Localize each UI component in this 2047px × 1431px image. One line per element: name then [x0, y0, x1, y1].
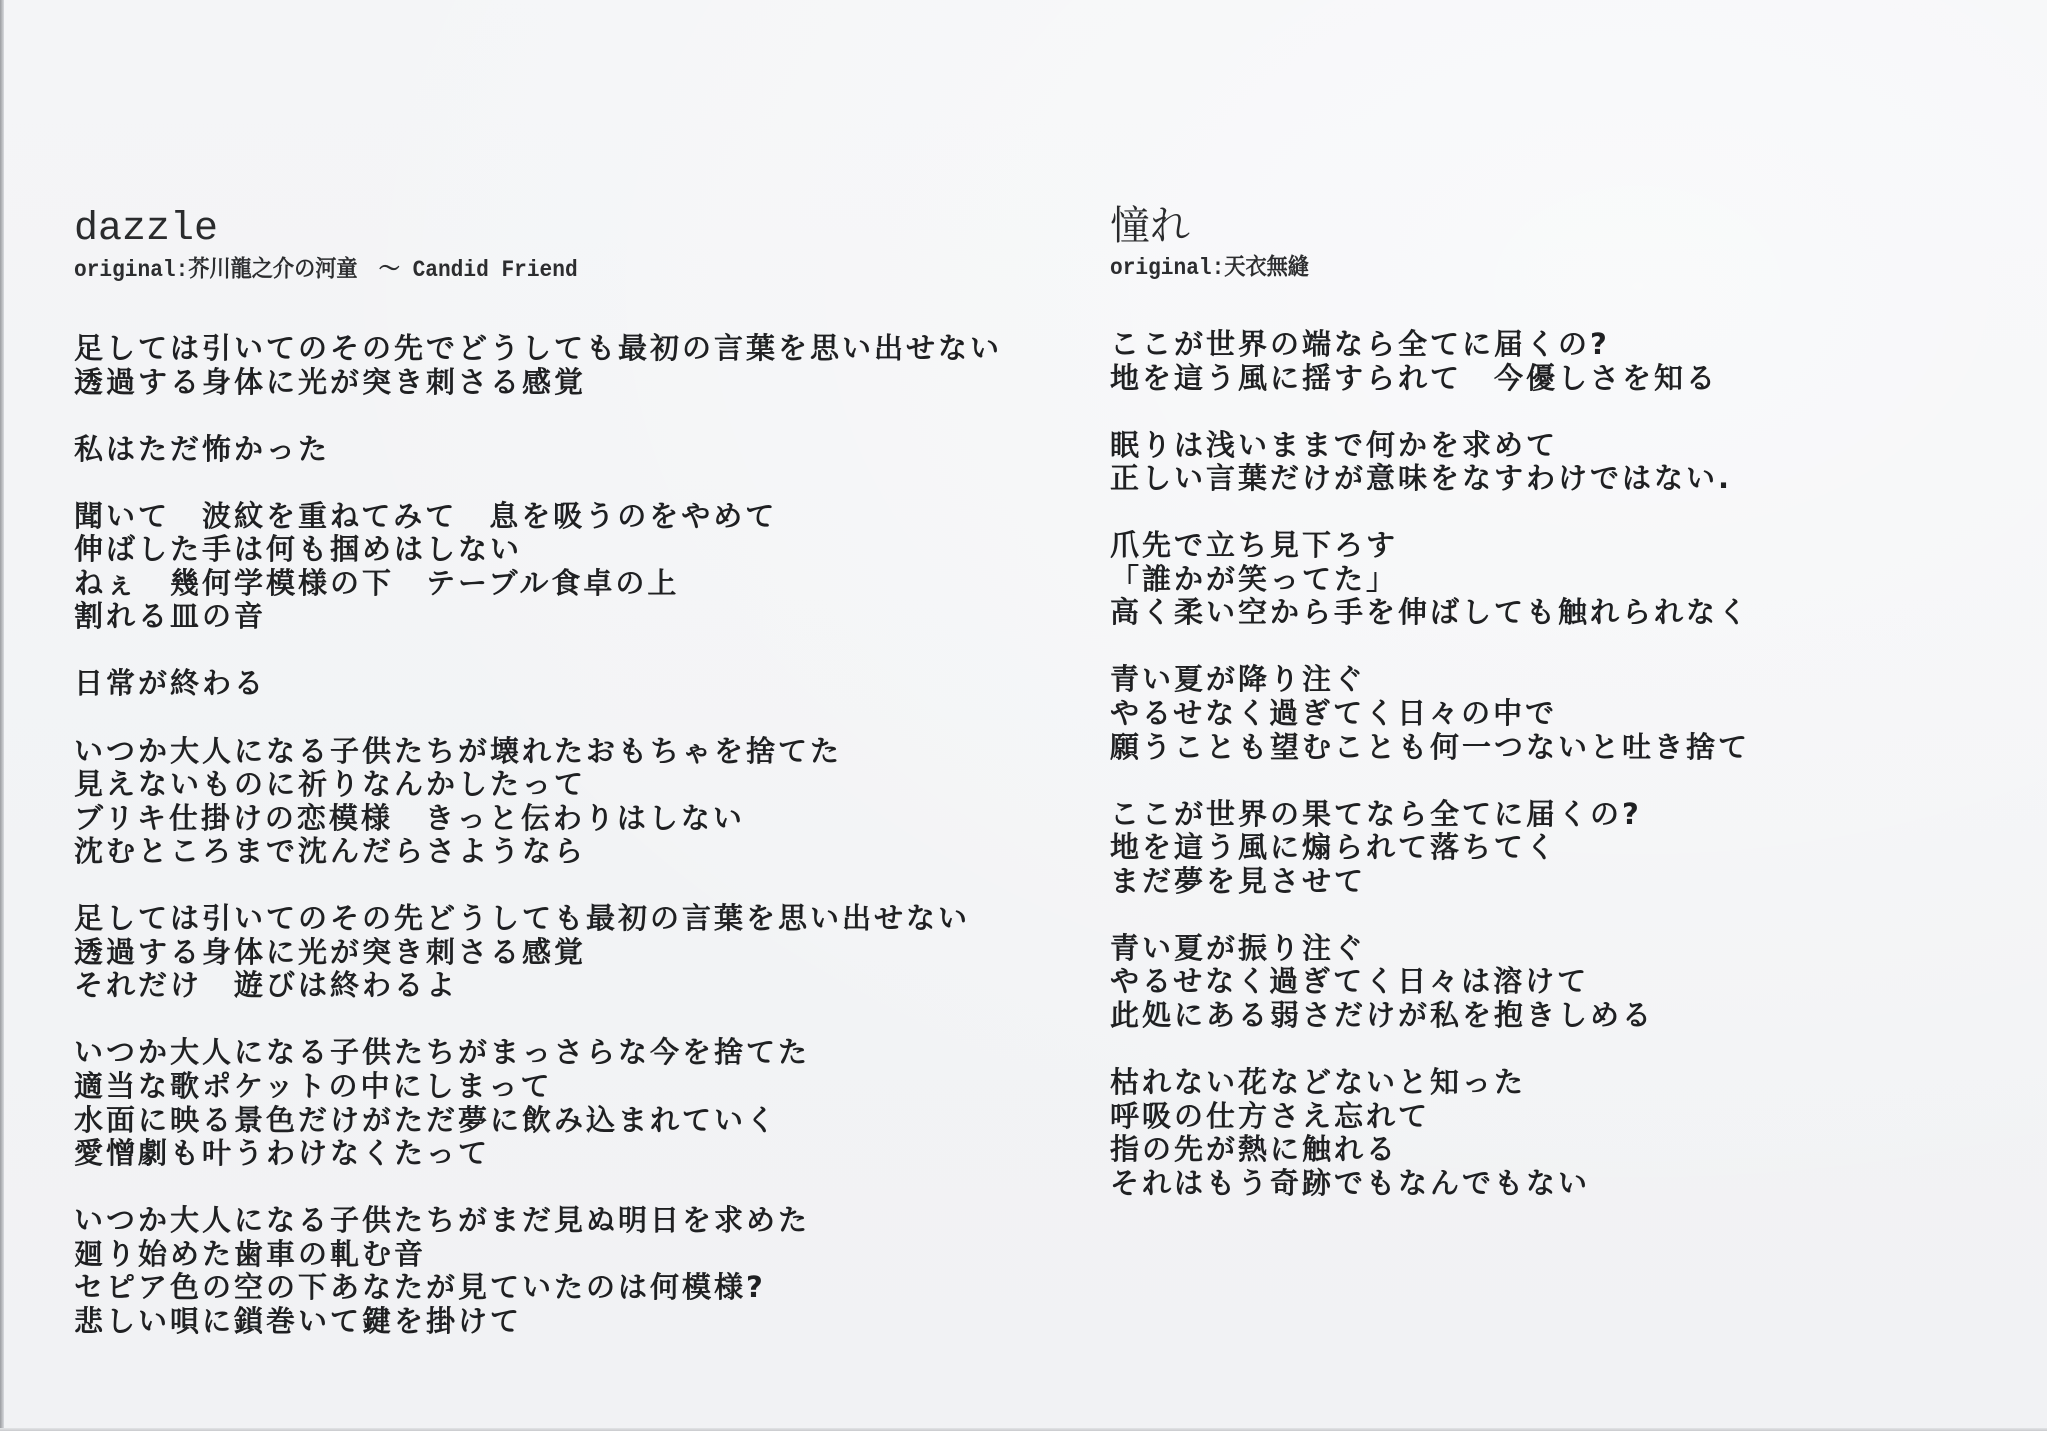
lyric-line: 眠りは浅いままで何かを求めて [1110, 429, 1750, 463]
stanza: ここが世界の端なら全てに届くの? 地を這う風に揺すられて 今優しさを知る [1110, 328, 1750, 395]
page-left-edge [0, 0, 4, 1431]
lyric-line: 日常が終わる [74, 667, 1002, 701]
stanza: 足しては引いてのその先でどうしても最初の言葉を思い出せない 透過する身体に光が突… [74, 332, 1002, 399]
lyric-line: 足しては引いてのその先どうしても最初の言葉を思い出せない [74, 902, 1002, 936]
lyric-line: 割れる皿の音 [74, 600, 1002, 634]
lyric-line: それだけ 遊びは終わるよ [74, 969, 1002, 1003]
lyric-line: 透過する身体に光が突き刺さる感覚 [74, 366, 1002, 400]
lyric-line: 指の先が熱に触れる [1110, 1133, 1750, 1167]
stanza: 枯れない花などないと知った 呼吸の仕方さえ忘れて 指の先が熱に触れる それはもう… [1110, 1066, 1750, 1200]
lyric-line: 私はただ怖かった [74, 433, 1002, 467]
stanza: 青い夏が降り注ぐ やるせなく過ぎてく日々の中で 願うことも望むことも何一つないと… [1110, 663, 1750, 764]
song-original-credit: original:芥川龍之介の河童 ～ Candid Friend [74, 256, 928, 284]
lyric-line: 足しては引いてのその先でどうしても最初の言葉を思い出せない [74, 332, 1002, 366]
lyric-line: 正しい言葉だけが意味をなすわけではない. [1110, 462, 1750, 496]
stanza: ここが世界の果てなら全てに届くの? 地を這う風に煽られて落ちてく まだ夢を見させ… [1110, 798, 1750, 899]
lyric-line: 此処にある弱さだけが私を抱きしめる [1110, 999, 1750, 1033]
lyric-line: まだ夢を見させて [1110, 865, 1750, 899]
lyric-line: ねぇ 幾何学模様の下 テーブル食卓の上 [74, 567, 1002, 601]
lyrics-block: ここが世界の端なら全てに届くの? 地を這う風に揺すられて 今優しさを知る 眠りは… [1110, 328, 1750, 1200]
lyric-line: それはもう奇跡でもなんでもない [1110, 1167, 1750, 1201]
lyric-line: ブリキ仕掛けの恋模様 きっと伝わりはしない [74, 802, 1002, 836]
lyric-line: 悲しい唄に鎖巻いて鍵を掛けて [74, 1305, 1002, 1339]
stanza: 私はただ怖かった [74, 433, 1002, 467]
stanza: いつか大人になる子供たちがまだ見ぬ明日を求めた 廻り始めた歯車の軋む音 セピア色… [74, 1204, 1002, 1338]
lyric-line: 高く柔い空から手を伸ばしても触れられなく [1110, 596, 1750, 630]
song-dazzle: dazzle original:芥川龍之介の河童 ～ Candid Friend… [74, 208, 1002, 1338]
lyric-line: いつか大人になる子供たちが壊れたおもちゃを捨てた [74, 735, 1002, 769]
stanza: 眠りは浅いままで何かを求めて 正しい言葉だけが意味をなすわけではない. [1110, 429, 1750, 496]
lyric-line: ここが世界の果てなら全てに届くの? [1110, 798, 1750, 832]
lyric-line: 願うことも望むことも何一つないと吐き捨て [1110, 731, 1750, 765]
lyric-line: 地を這う風に揺すられて 今優しさを知る [1110, 362, 1750, 396]
lyric-line: 愛憎劇も叶うわけなくたって [74, 1137, 1002, 1171]
song-title: dazzle [74, 208, 1002, 256]
lyric-line: セピア色の空の下あなたが見ていたのは何模様? [74, 1271, 1002, 1305]
lyric-line: 適当な歌ポケットの中にしまって [74, 1070, 1002, 1104]
lyric-line: ここが世界の端なら全てに届くの? [1110, 328, 1750, 362]
lyrics-block: 足しては引いてのその先でどうしても最初の言葉を思い出せない 透過する身体に光が突… [74, 332, 1002, 1338]
song-original-credit: original:天衣無縫 [1110, 254, 1699, 282]
lyric-line: いつか大人になる子供たちがまだ見ぬ明日を求めた [74, 1204, 1002, 1238]
stanza: いつか大人になる子供たちがまっさらな今を捨てた 適当な歌ポケットの中にしまって … [74, 1036, 1002, 1170]
lyric-line: やるせなく過ぎてく日々は溶けて [1110, 965, 1750, 999]
lyric-line: 見えないものに祈りなんかしたって [74, 768, 1002, 802]
song-title: 憧れ [1110, 204, 1750, 254]
lyric-line: 地を這う風に煽られて落ちてく [1110, 831, 1750, 865]
lyric-line: 呼吸の仕方さえ忘れて [1110, 1100, 1750, 1134]
lyric-line: 枯れない花などないと知った [1110, 1066, 1750, 1100]
lyric-line: やるせなく過ぎてく日々の中で [1110, 697, 1750, 731]
stanza: 爪先で立ち見下ろす 「誰かが笑ってた」 高く柔い空から手を伸ばしても触れられなく [1110, 529, 1750, 630]
lyric-line: 透過する身体に光が突き刺さる感覚 [74, 936, 1002, 970]
stanza: いつか大人になる子供たちが壊れたおもちゃを捨てた 見えないものに祈りなんかしたっ… [74, 735, 1002, 869]
lyric-line: 青い夏が降り注ぐ [1110, 663, 1750, 697]
lyric-line: 聞いて 波紋を重ねてみて 息を吸うのをやめて [74, 500, 1002, 534]
lyric-line: 「誰かが笑ってた」 [1110, 563, 1750, 597]
lyric-line: 廻り始めた歯車の軋む音 [74, 1238, 1002, 1272]
lyric-line: 青い夏が振り注ぐ [1110, 932, 1750, 966]
song-akogare: 憧れ original:天衣無縫 ここが世界の端なら全てに届くの? 地を這う風に… [1110, 204, 1750, 1200]
stanza: 日常が終わる [74, 667, 1002, 701]
lyric-line: 沈むところまで沈んだらさようなら [74, 835, 1002, 869]
lyric-line: いつか大人になる子供たちがまっさらな今を捨てた [74, 1036, 1002, 1070]
stanza: 青い夏が振り注ぐ やるせなく過ぎてく日々は溶けて 此処にある弱さだけが私を抱きし… [1110, 932, 1750, 1033]
lyric-line: 水面に映る景色だけがただ夢に飲み込まれていく [74, 1104, 1002, 1138]
lyric-line: 爪先で立ち見下ろす [1110, 529, 1750, 563]
stanza: 聞いて 波紋を重ねてみて 息を吸うのをやめて 伸ばした手は何も掴めはしない ねぇ… [74, 500, 1002, 634]
lyric-line: 伸ばした手は何も掴めはしない [74, 533, 1002, 567]
stanza: 足しては引いてのその先どうしても最初の言葉を思い出せない 透過する身体に光が突き… [74, 902, 1002, 1003]
